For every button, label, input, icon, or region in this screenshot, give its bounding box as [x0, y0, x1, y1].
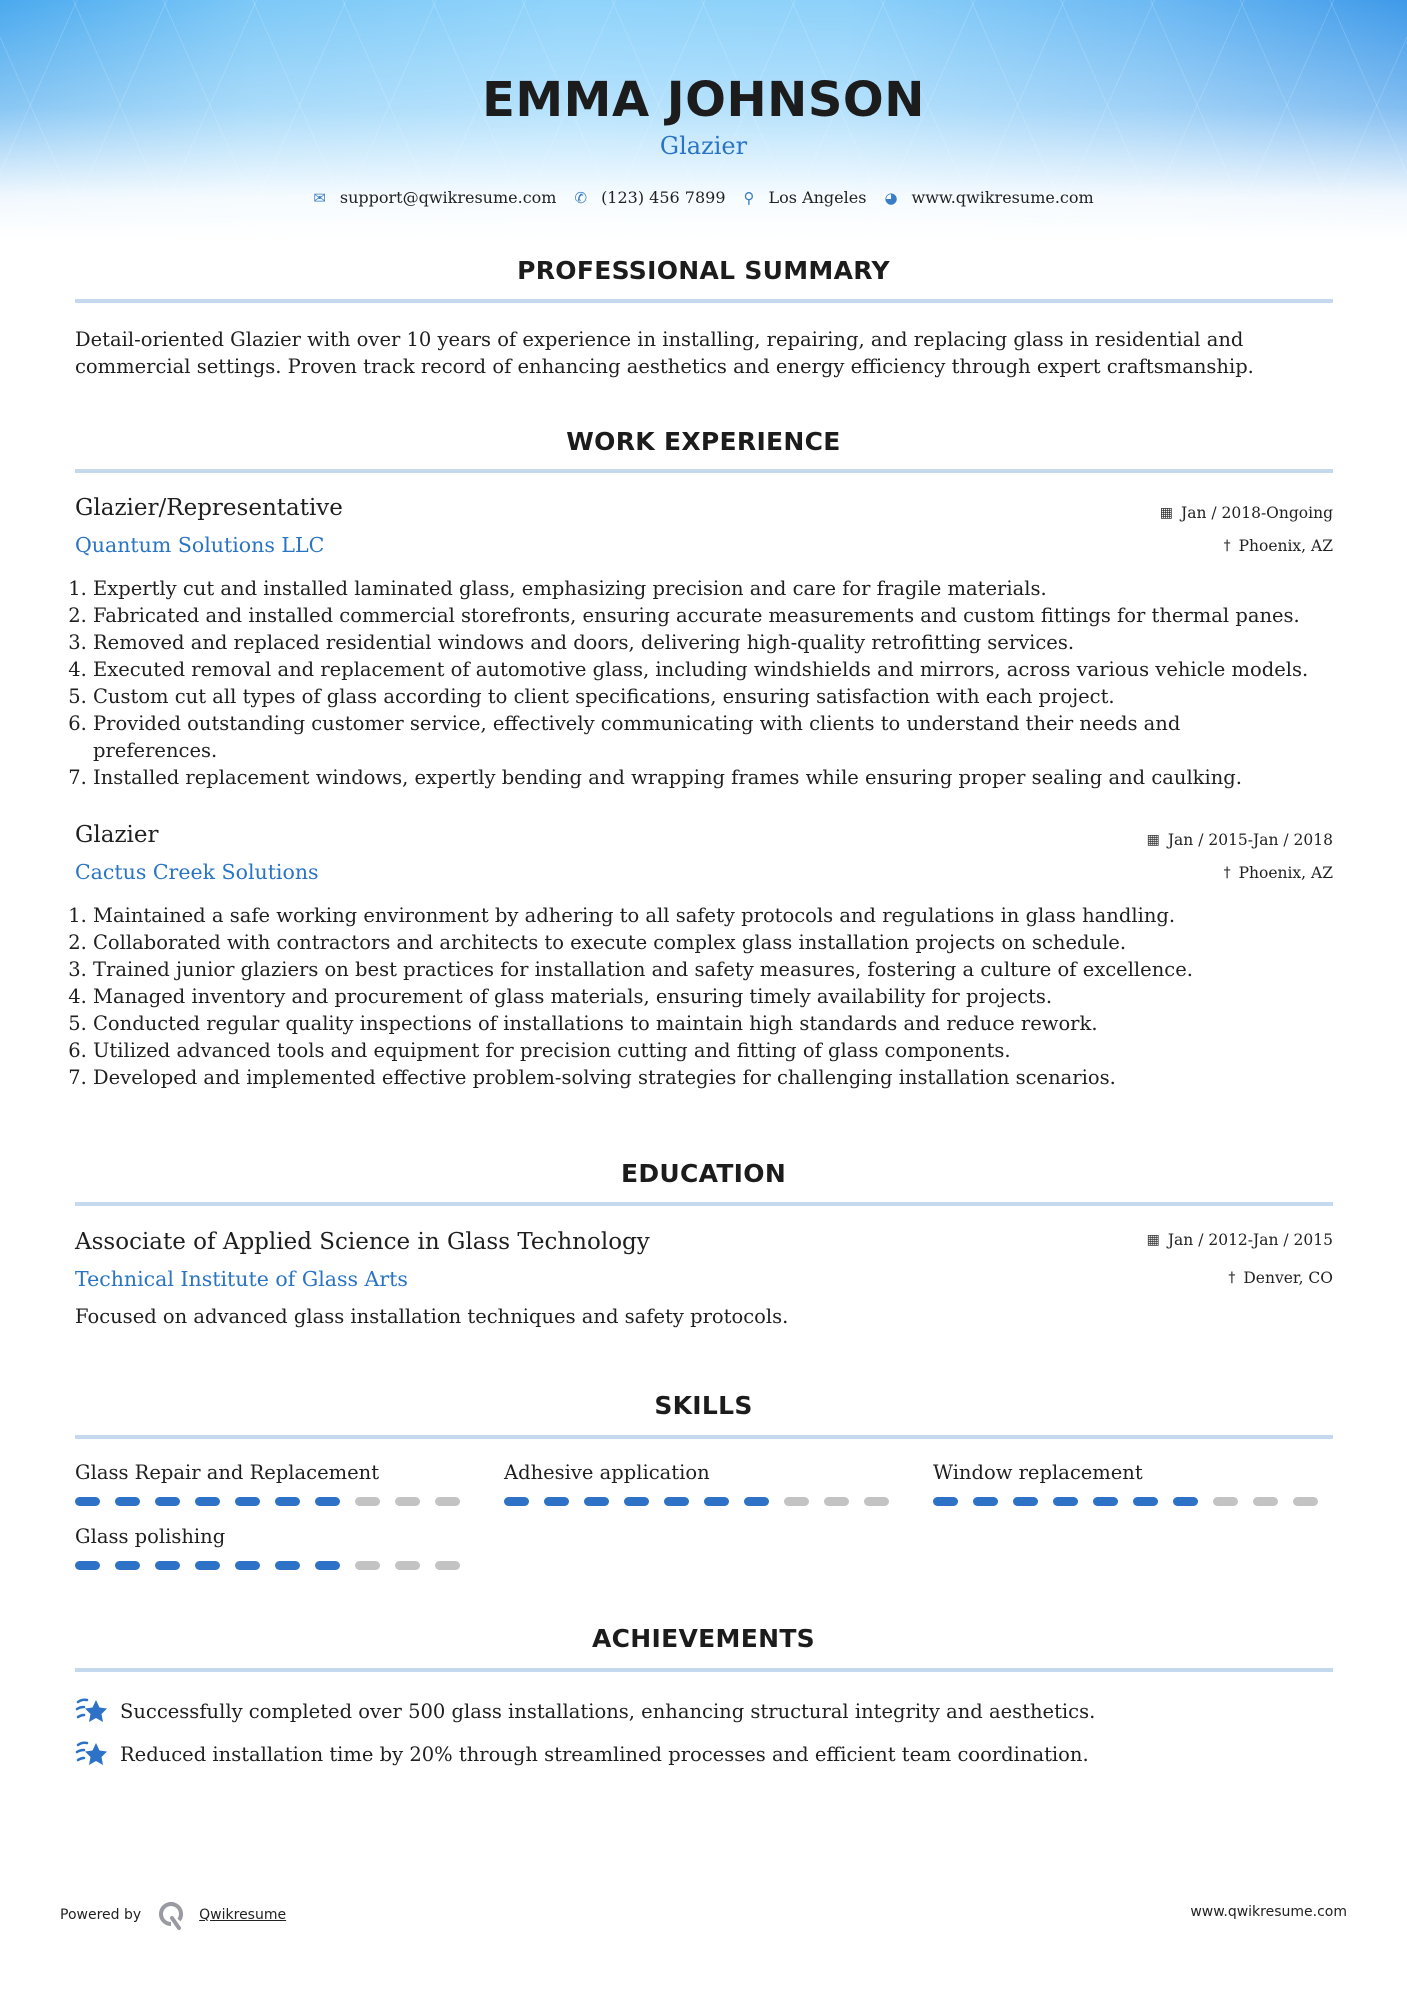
skill-name: Glass polishing: [75, 1525, 475, 1555]
education-school: Technical Institute of Glass Arts: [75, 1267, 408, 1291]
bullet-item: Maintained a safe working environment by…: [93, 902, 1363, 929]
skill-dot-empty: [784, 1497, 809, 1506]
education-location-text: Denver, CO: [1243, 1269, 1333, 1287]
skill-dot-filled: [115, 1561, 140, 1570]
education-degree: Associate of Applied Science in Glass Te…: [75, 1229, 650, 1255]
job-location-text: Phoenix, AZ: [1239, 864, 1333, 882]
job-title: Glazier/Representative: [75, 495, 343, 521]
achievement-item: Reduced installation time by 20% through…: [75, 1739, 1089, 1769]
bullet-item: Provided outstanding customer service, e…: [93, 710, 1363, 764]
job-bullets: Maintained a safe working environment by…: [73, 902, 1363, 1091]
bullet-item: Fabricated and installed commercial stor…: [93, 602, 1363, 629]
footer-url[interactable]: www.qwikresume.com: [1190, 1904, 1347, 1920]
skill-dot-empty: [1253, 1497, 1278, 1506]
contact-location-text: Los Angeles: [769, 188, 867, 207]
skill-dot-filled: [704, 1497, 729, 1506]
bullet-item: Executed removal and replacement of auto…: [93, 656, 1363, 683]
contact-website-text: www.qwikresume.com: [912, 188, 1094, 207]
skill-name: Window replacement: [933, 1461, 1333, 1491]
skill-dot-filled: [315, 1497, 340, 1506]
powered-by-label: Powered by: [60, 1907, 141, 1923]
skill-dot-empty: [355, 1497, 380, 1506]
pushpin-icon: †: [1224, 865, 1231, 881]
skill-dot-filled: [155, 1497, 180, 1506]
bullet-item: Collaborated with contractors and archit…: [93, 929, 1363, 956]
skill-dot-empty: [435, 1561, 460, 1570]
section-divider: [75, 469, 1333, 473]
contact-phone[interactable]: ✆ (123) 456 7899: [574, 188, 725, 207]
skill-dot-filled: [584, 1497, 609, 1506]
bullet-item: Custom cut all types of glass according …: [93, 683, 1363, 710]
skill-dot-filled: [1173, 1497, 1198, 1506]
skill-name: Glass Repair and Replacement: [75, 1461, 475, 1491]
bullet-item: Expertly cut and installed laminated gla…: [93, 575, 1363, 602]
skill-dot-empty: [355, 1561, 380, 1570]
section-title-experience: WORK EXPERIENCE: [0, 427, 1407, 456]
skill-dot-filled: [155, 1561, 180, 1570]
job-dates: ▦ Jan / 2018-Ongoing: [1160, 504, 1333, 522]
bullet-item: Removed and replaced residential windows…: [93, 629, 1363, 656]
skill-dot-filled: [744, 1497, 769, 1506]
calendar-icon: ▦: [1147, 1232, 1160, 1248]
pushpin-icon: †: [1224, 538, 1231, 554]
skill-dot-filled: [235, 1561, 260, 1570]
contact-location: ⚲ Los Angeles: [744, 188, 867, 207]
skill-dot-filled: [275, 1497, 300, 1506]
skill-dot-filled: [1133, 1497, 1158, 1506]
summary-text: Detail-oriented Glazier with over 10 yea…: [75, 326, 1340, 380]
map-marker-icon: ⚲: [744, 189, 755, 207]
skill-dot-filled: [315, 1561, 340, 1570]
education-location: † Denver, CO: [1228, 1269, 1333, 1287]
job-location: † Phoenix, AZ: [1224, 864, 1333, 882]
globe-icon: ◕: [884, 189, 897, 207]
section-title-achievements: ACHIEVEMENTS: [0, 1624, 1407, 1653]
skill-dot-filled: [1053, 1497, 1078, 1506]
qwikresume-link[interactable]: Qwikresume: [199, 1907, 286, 1923]
contact-phone-text: (123) 456 7899: [601, 188, 725, 207]
section-divider: [75, 1668, 1333, 1672]
skill-level-meter: [75, 1497, 475, 1506]
education-description: Focused on advanced glass installation t…: [75, 1303, 1340, 1330]
education-dates-text: Jan / 2012-Jan / 2015: [1168, 1231, 1333, 1249]
job-dates-text: Jan / 2018-Ongoing: [1181, 504, 1333, 522]
candidate-name: EMMA JOHNSON: [0, 72, 1407, 128]
bullet-item: Trained junior glaziers on best practice…: [93, 956, 1363, 983]
section-divider: [75, 1202, 1333, 1206]
bullet-item: Conducted regular quality inspections of…: [93, 1010, 1363, 1037]
job-location: † Phoenix, AZ: [1224, 537, 1333, 555]
skill-dot-filled: [1093, 1497, 1118, 1506]
section-title-summary: PROFESSIONAL SUMMARY: [0, 256, 1407, 285]
skill-dot-filled: [115, 1497, 140, 1506]
skill-dot-filled: [75, 1497, 100, 1506]
section-title-education: EDUCATION: [0, 1159, 1407, 1188]
skill-dot-filled: [195, 1497, 220, 1506]
job-bullets: Expertly cut and installed laminated gla…: [73, 575, 1363, 791]
candidate-role: Glazier: [0, 132, 1407, 160]
bullet-item: Utilized advanced tools and equipment fo…: [93, 1037, 1363, 1064]
skill-item: Adhesive application: [504, 1461, 904, 1506]
contact-website[interactable]: ◕ www.qwikresume.com: [884, 188, 1093, 207]
skill-item: Glass polishing: [75, 1525, 475, 1570]
calendar-icon: ▦: [1160, 505, 1173, 521]
education-dates: ▦ Jan / 2012-Jan / 2015: [1147, 1231, 1333, 1249]
skill-dot-empty: [395, 1561, 420, 1570]
skill-dot-filled: [235, 1497, 260, 1506]
job-company: Quantum Solutions LLC: [75, 533, 324, 557]
skill-dot-filled: [624, 1497, 649, 1506]
bullet-item: Developed and implemented effective prob…: [93, 1064, 1363, 1091]
skill-level-meter: [75, 1561, 475, 1570]
contact-bar: ✉ support@qwikresume.com ✆ (123) 456 789…: [0, 188, 1407, 207]
skill-dot-filled: [544, 1497, 569, 1506]
skill-dot-filled: [75, 1561, 100, 1570]
job-dates: ▦ Jan / 2015-Jan / 2018: [1147, 831, 1333, 849]
skill-dot-empty: [1213, 1497, 1238, 1506]
skill-dot-filled: [275, 1561, 300, 1570]
envelope-icon: ✉: [313, 189, 326, 207]
skill-level-meter: [933, 1497, 1333, 1506]
section-divider: [75, 1435, 1333, 1439]
calendar-icon: ▦: [1147, 832, 1160, 848]
shooting-star-icon: [75, 1696, 108, 1726]
skill-item: Window replacement: [933, 1461, 1333, 1506]
job-location-text: Phoenix, AZ: [1239, 537, 1333, 555]
skill-dot-empty: [864, 1497, 889, 1506]
skill-dot-empty: [395, 1497, 420, 1506]
section-title-skills: SKILLS: [0, 1391, 1407, 1420]
skill-name: Adhesive application: [504, 1461, 904, 1491]
qwikresume-logo-icon: [157, 1900, 185, 1930]
contact-email-text: support@qwikresume.com: [340, 188, 557, 207]
shooting-star-icon: [75, 1739, 108, 1769]
section-divider: [75, 299, 1333, 303]
skill-dot-empty: [435, 1497, 460, 1506]
footer-powered-by: Powered by Qwikresume: [60, 1900, 286, 1930]
job-company: Cactus Creek Solutions: [75, 860, 319, 884]
contact-email[interactable]: ✉ support@qwikresume.com: [313, 188, 556, 207]
skill-dot-filled: [933, 1497, 958, 1506]
skill-dot-filled: [504, 1497, 529, 1506]
achievement-item: Successfully completed over 500 glass in…: [75, 1696, 1095, 1726]
achievement-text: Successfully completed over 500 glass in…: [120, 1700, 1095, 1723]
phone-icon: ✆: [574, 189, 587, 207]
skill-level-meter: [504, 1497, 904, 1506]
skill-dot-filled: [664, 1497, 689, 1506]
bullet-item: Managed inventory and procurement of gla…: [93, 983, 1363, 1010]
pushpin-icon: †: [1228, 1270, 1235, 1286]
skill-dot-filled: [973, 1497, 998, 1506]
skill-item: Glass Repair and Replacement: [75, 1461, 475, 1506]
skill-dot-filled: [1013, 1497, 1038, 1506]
skill-dot-empty: [1293, 1497, 1318, 1506]
skill-dot-filled: [195, 1561, 220, 1570]
job-dates-text: Jan / 2015-Jan / 2018: [1168, 831, 1333, 849]
bullet-item: Installed replacement windows, expertly …: [93, 764, 1363, 791]
skill-dot-empty: [824, 1497, 849, 1506]
job-title: Glazier: [75, 822, 159, 848]
achievement-text: Reduced installation time by 20% through…: [120, 1743, 1089, 1766]
